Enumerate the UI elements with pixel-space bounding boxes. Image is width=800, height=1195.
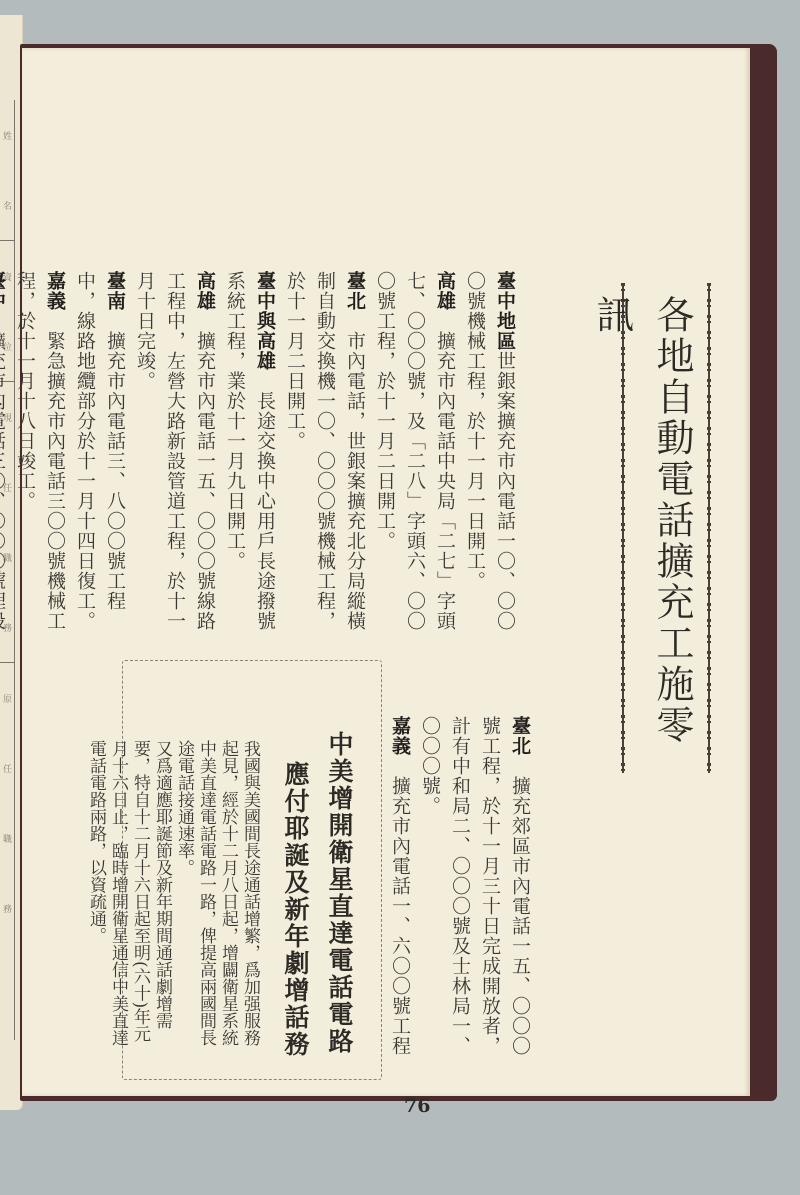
book-page: 各地自動電話擴充工施零訊 臺中地區世銀案擴充市內電話一〇、〇〇〇號機械工程，於十… [22,48,750,1096]
paragraph-text: 擴充市內電話中央局「二七」字頭七、〇〇〇號，及「二八」字頭六、〇〇〇號工程，於十… [374,271,456,631]
page-number: 76 [404,1095,430,1117]
form-label: 職 [0,803,13,873]
paragraph-text: 我國與美國間長途通話增繁，爲加强服務起見，經於十二月八日起，增闢衛星系統中美直達… [173,706,261,1056]
paragraph-text: 擴充市內電話一五、〇〇〇號線路工程中，左營大路新設管道工程，於十一月十日完竣。 [134,271,216,631]
paragraph-text: 擴充市內電話三、八〇〇號工程中，線路地纜部分於十一月十四日復工。 [74,271,126,631]
form-label: 務 [0,873,13,943]
notice-title: 中美增開衛星直達電話電路 [321,731,357,1055]
paragraph-heading: 臺北 [509,716,531,756]
paragraph-heading: 臺中 [0,271,6,311]
paragraph: 臺北 市內電話，世銀案擴充北分局縱橫制自動交換機一〇、〇〇〇號機械工程，於十一月… [280,233,370,633]
paragraph: 高雄 擴充市內電話一五、〇〇〇號線路工程中，左營大路新設管道工程，於十一月十日完… [130,233,220,633]
paragraph-heading: 嘉義 [389,716,411,756]
form-label: 任 [0,733,13,803]
paragraph-text: 擴充市內電話三〇、〇〇〇號埋設地下人孔管道第二批發包工程，於十一月二十日開工。 [0,271,6,631]
paragraph-heading: 臺南 [104,271,126,311]
article-top: 臺中地區世銀案擴充市內電話一〇、〇〇〇號機械工程，於十一月一日開工。 高雄 擴充… [0,233,520,633]
form-label: 姓 [0,100,13,170]
paragraph: 高雄 擴充市內電話中央局「二七」字頭七、〇〇〇號，及「二八」字頭六、〇〇〇號工程… [370,233,460,633]
paragraph: 臺中與高雄 長途交換中心用戶長途撥號系統工程，業於十一月九日開工。 [220,233,280,633]
paragraph-heading: 高雄 [434,271,456,311]
boxed-notice: 中美增開衛星直達電話電路 應付耶誕及新年劇增話務 我國與美國間長途通話增繁，爲加… [122,660,382,1080]
paragraph-heading: 臺中與高雄 [254,271,276,371]
paragraph-text: 擴充郊區市內電話一五、〇〇〇號工程，於十一月三十日完成開放者，計有中和局二、〇〇… [419,716,531,1056]
notice-body: 我國與美國間長途通話增繁，爲加强服務起見，經於十二月八日起，增闢衛星系統中美直達… [85,706,261,1056]
paragraph-text: 市內電話，世銀案擴充北分局縱橫制自動交換機一〇、〇〇〇號機械工程，於十一月二日開… [284,271,366,631]
notice-subtitle: 應付耶誕及新年劇增話務 [277,761,313,1058]
paragraph-heading: 嘉義 [44,271,66,311]
form-label: 原 [0,663,13,733]
paragraph-text: 緊急擴充市內電話三〇〇號機械工程，於十一月十八日竣工。 [14,271,66,631]
title-frame: 各地自動電話擴充工施零訊 [612,283,727,773]
paragraph: 嘉義 緊急擴充市內電話三〇〇號機械工程，於十一月十八日竣工。 [10,233,70,633]
page-title: 各地自動電話擴充工施零訊 [642,295,702,765]
paragraph-heading: 臺北 [344,271,366,311]
paragraph: 臺南 擴充市內電話三、八〇〇號工程中，線路地纜部分於十一月十四日復工。 [70,233,130,633]
ornament-border-icon [618,283,628,773]
ornament-border-icon [704,283,714,773]
paragraph-heading: 高雄 [194,271,216,311]
form-label: 名 [0,170,13,240]
paragraph: 臺北 擴充郊區市內電話一五、〇〇〇號工程，於十一月三十日完成開放者，計有中和局二… [415,678,535,1068]
paragraph-text: 又爲適應耶誕節及新年期間通話劇增需要，特自十二月十六日起至明(六十)年元月十六日… [85,706,173,1056]
paragraph: 臺中地區世銀案擴充市內電話一〇、〇〇〇號機械工程，於十一月一日開工。 [460,233,520,633]
paragraph-heading: 臺中地區 [494,271,516,351]
paragraph: 臺中 擴充市內電話三〇、〇〇〇號埋設地下人孔管道第二批發包工程，於十一月二十日開… [0,233,10,633]
